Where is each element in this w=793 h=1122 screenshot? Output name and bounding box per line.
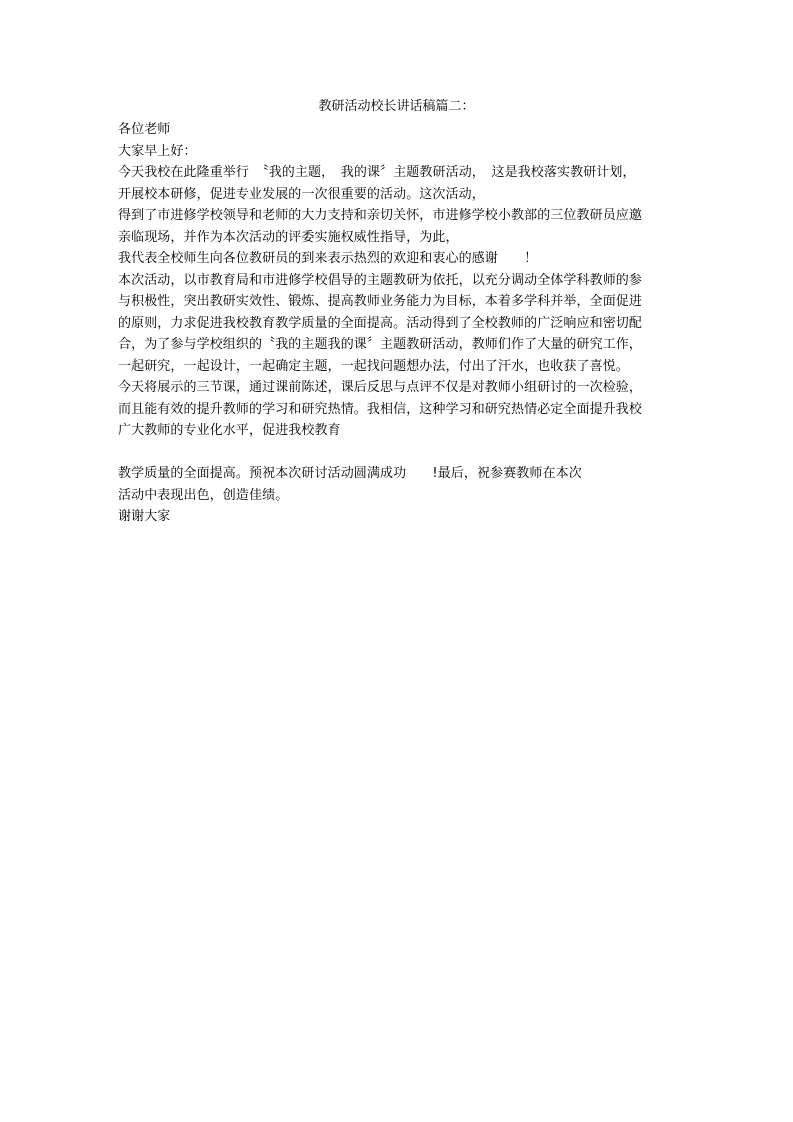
paragraph-line: 合，为了参与学校组织的〝我的主题我的课〞主题教研活动，教师们作了大量的研究工作，: [118, 334, 680, 356]
paragraph-line: 得到了市进修学校领导和老师的大力支持和亲切关怀，市进修学校小教部的三位教研员应邀: [118, 205, 680, 227]
paragraph-line: 一起研究，一起设计，一起确定主题，一起找问题想办法，付出了汗水，也收获了喜悦。: [118, 356, 680, 378]
document-body: 各位老师 大家早上好： 今天我校在此隆重举行 〝我的主题， 我的课〞主题教研活动…: [118, 119, 680, 528]
paragraph-line: 而且能有效的提升教师的学习和研究热情。我相信，这种学习和研究热情必定全面提升我校: [118, 399, 680, 421]
paragraph-line: 开展校本研修，促进专业发展的一次很重要的活动。这次活动，: [118, 184, 680, 206]
document-title: 教研活动校长讲话稿篇二：: [0, 99, 793, 115]
paragraph-line: 教学质量的全面提高。预祝本次研讨活动圆满成功 !最后，祝参赛教师在本次: [118, 463, 680, 485]
greeting-line: 各位老师: [118, 119, 680, 141]
paragraph-line: 本次活动，以市教育局和市进修学校倡导的主题教研为依托，以充分调动全体学科教师的参: [118, 270, 680, 292]
document-page: 教研活动校长讲话稿篇二： 各位老师 大家早上好： 今天我校在此隆重举行 〝我的主…: [0, 0, 793, 1122]
salutation-line: 大家早上好：: [118, 141, 680, 163]
closing-line: 谢谢大家: [118, 506, 680, 528]
paragraph-line: 与积极性，突出教研实效性、锻炼、提高教师业务能力为目标，本着多学科并举，全面促进: [118, 291, 680, 313]
paragraph-line: 的原则，力求促进我校教育教学质量的全面提高。活动得到了全校教师的广泛响应和密切配: [118, 313, 680, 335]
paragraph-line: 今天将展示的三节课，通过课前陈述，课后反思与点评不仅是对教师小组研讨的一次检验，: [118, 377, 680, 399]
blank-line: [118, 442, 680, 464]
paragraph-line: 广大教师的专业化水平，促进我校教育: [118, 420, 680, 442]
paragraph-line: 活动中表现出色，创造佳绩。: [118, 485, 680, 507]
paragraph-line: 我代表全校师生向各位教研员的到来表示热烈的欢迎和衷心的感谢 ！: [118, 248, 680, 270]
paragraph-line: 今天我校在此隆重举行 〝我的主题， 我的课〞主题教研活动， 这是我校落实教研计划…: [118, 162, 680, 184]
paragraph-line: 亲临现场，并作为本次活动的评委实施权威性指导，为此，: [118, 227, 680, 249]
